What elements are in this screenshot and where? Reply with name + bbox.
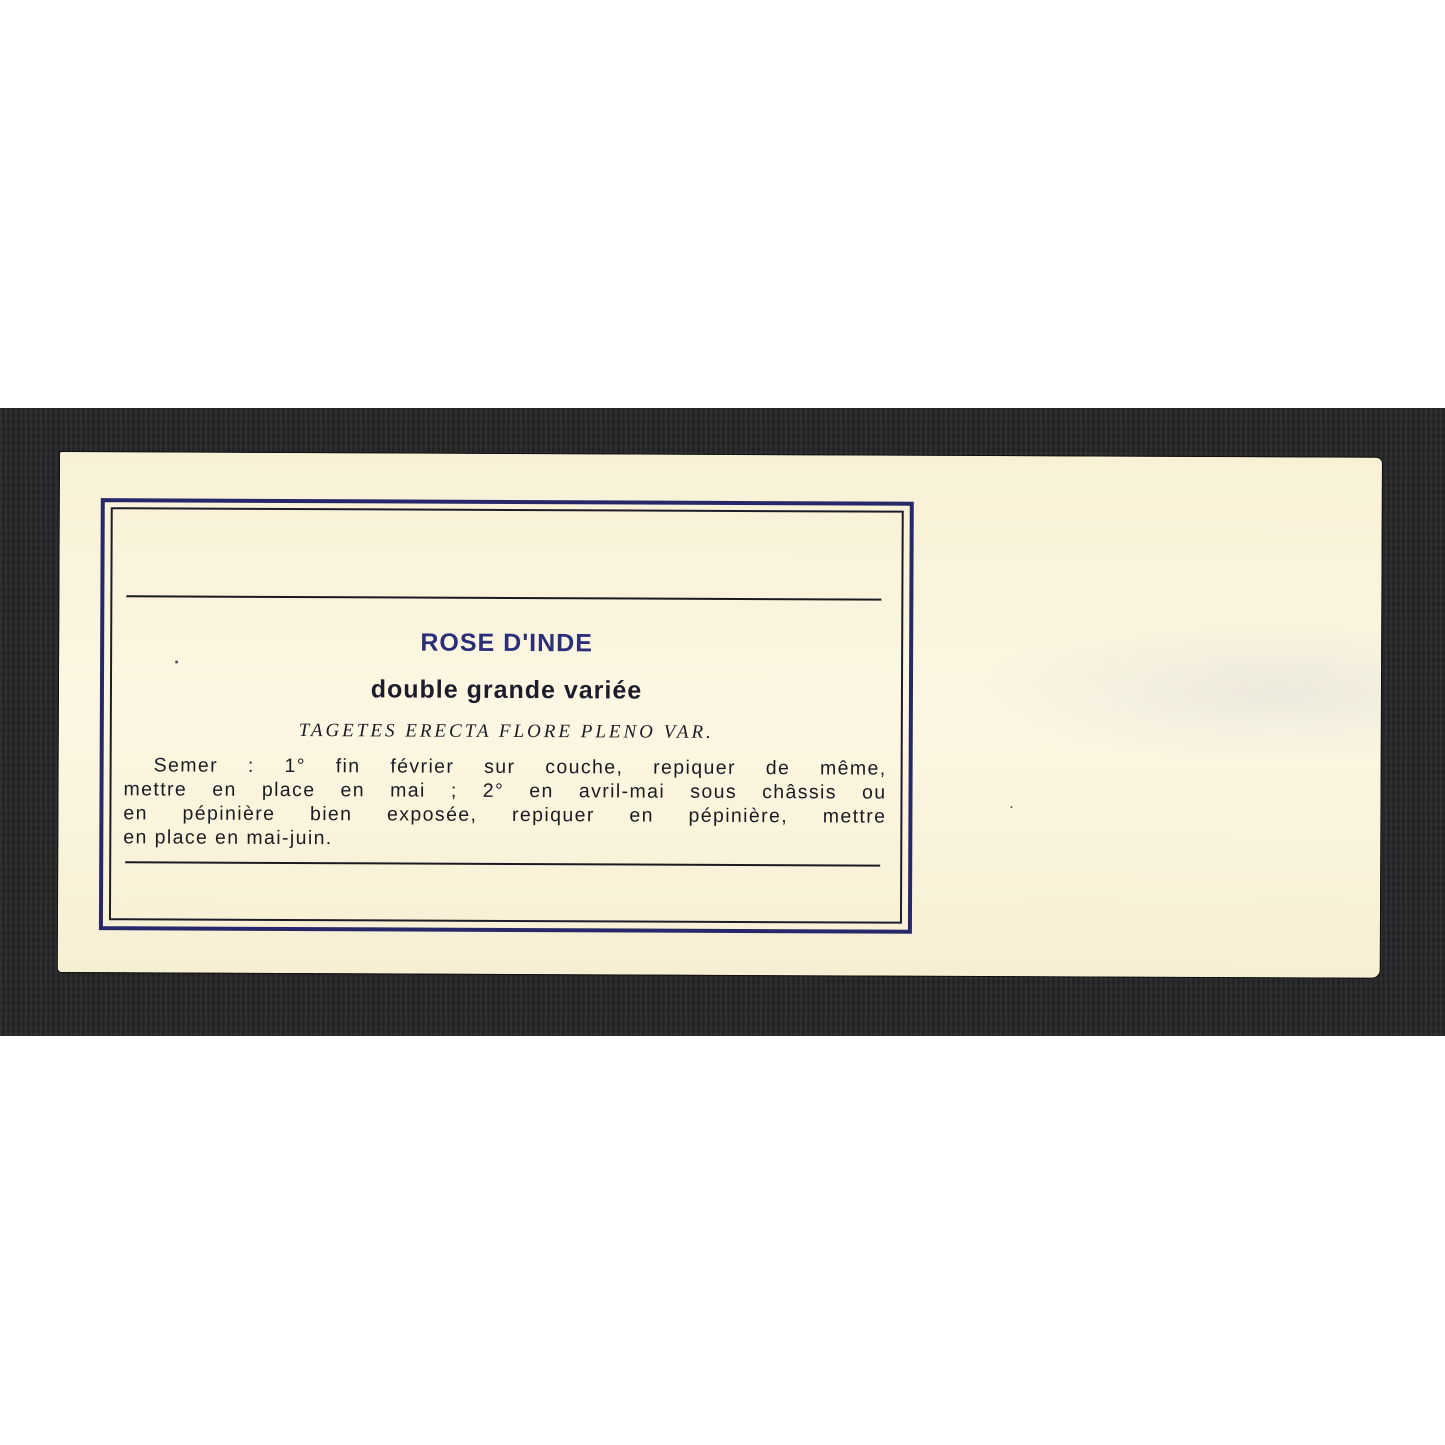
label-frame: ROSE D'INDE double grande variée TAGETES…	[99, 498, 914, 934]
paper-speck	[1010, 806, 1012, 808]
top-rule	[126, 595, 881, 600]
instruction-line: en place en mai-juin.	[123, 825, 886, 852]
label-frame-inner: ROSE D'INDE double grande variée TAGETES…	[109, 507, 904, 923]
seed-packet-label: ROSE D'INDE double grande variée TAGETES…	[58, 452, 1382, 978]
bottom-rule	[125, 861, 880, 866]
plant-name-title: ROSE D'INDE	[112, 627, 901, 659]
instruction-line: en pépinière bien exposée, repiquer en p…	[123, 801, 886, 828]
instruction-line: mettre en place en mai ; 2° en avril-mai…	[123, 777, 886, 804]
variety-subtitle: double grande variée	[112, 674, 901, 706]
instruction-line: Semer : 1° fin février sur couche, repiq…	[124, 753, 887, 780]
sowing-instructions: Semer : 1° fin février sur couche, repiq…	[123, 753, 886, 852]
latin-name: TAGETES ERECTA FLORE PLENO VAR.	[112, 719, 901, 744]
